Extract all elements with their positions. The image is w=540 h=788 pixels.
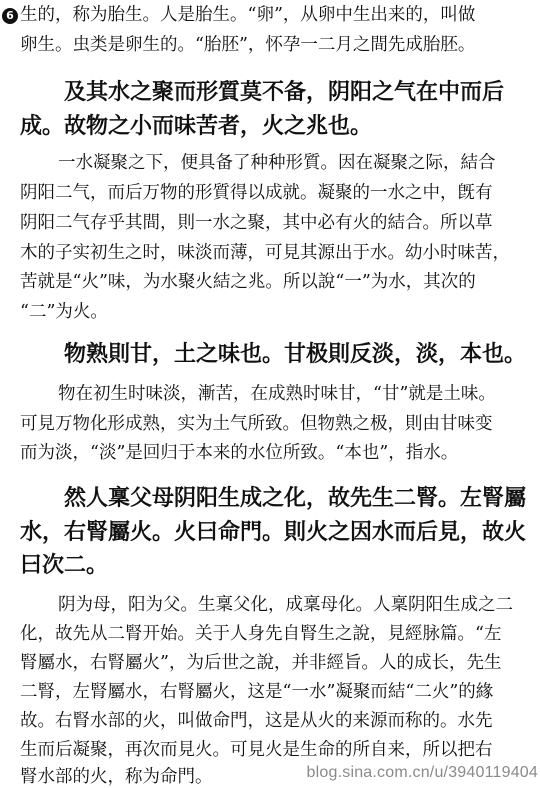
classic-text-line: 物熟則甘，土之味也。甘极則反淡，淡，本也。 (64, 340, 526, 368)
text: 生的，称为胎生。人是胎生。“卵”，从卵中生出来的，叫做 (20, 5, 475, 25)
watermark: blog.sina.com.cn/u/3940119404 (307, 764, 538, 782)
classic-text-line: 及其水之聚而形質莫不备，阴阳之气在中而后 (64, 78, 504, 106)
commentary-line: 腎水部的火，称为命門。 (20, 766, 213, 788)
commentary-line: 一水凝聚之下，便具备了种种形質。因在凝聚之际，結合 (58, 152, 496, 174)
commentary-line: 生而后凝聚，再次而見火。可見火是生命的所自来，所以把右 (20, 739, 493, 761)
commentary-line: 阴阳二气存乎其間，則一水之聚，其中必有火的結合。所以草 (20, 212, 493, 234)
page-number-badge: 6 (2, 8, 18, 24)
commentary-line: “二”为火。 (20, 301, 108, 323)
classic-text-line: 水，右腎屬火。火曰命門。則火之因水而后見，故火 (20, 518, 526, 546)
classic-text-line: 成。故物之小而味苦者，火之兆也。 (20, 112, 372, 140)
commentary-line: 而为淡，“淡”是回归于本来的水位所致。“本也”，指水。 (20, 442, 458, 464)
commentary-line: 苦就是“火”味，为水聚火結之兆。所以說“一”为水，其次的 (20, 271, 476, 293)
scanned-book-page: 6生的，称为胎生。人是胎生。“卵”，从卵中生出来的，叫做 卵生。虫类是卵生的。“… (0, 0, 540, 788)
commentary-line: 二腎，左腎屬水，右腎屬火，这是“一水”凝聚而結“二火”的緣 (20, 681, 493, 703)
classic-text-line: 曰次二。 (20, 551, 108, 579)
commentary-line: 木的子实初生之时，味淡而薄，可見其源出于水。幼小时味苦， (20, 242, 510, 264)
commentary-line: 物在初生时味淡，漸苦，在成熟时味甘，“甘”就是土味。 (58, 383, 496, 405)
commentary-line: 可見万物化形成熟，实为土气所致。但物熟之极，則由甘味变 (20, 413, 493, 435)
commentary-line: 6生的，称为胎生。人是胎生。“卵”，从卵中生出来的，叫做 (2, 4, 475, 26)
classic-text-line: 然人稟父母阴阳生成之化，故先生二腎。左腎屬 (64, 484, 526, 512)
commentary-line: 阴阳二气，而后万物的形質得以成就。凝聚的一水之中，旣有 (20, 182, 493, 204)
commentary-line: 腎屬水，右腎屬火”，为后世之說，并非經旨。人的成长，先生 (20, 652, 501, 674)
commentary-line: 卵生。虫类是卵生的。“胎胚”，怀孕一二月之間先成胎胚。 (20, 34, 475, 56)
commentary-line: 故。右腎水部的火，叫做命門，这是从火的来源而称的。水先 (20, 710, 493, 732)
commentary-line: 化，故先从二腎开始。关于人身先自腎生之說，見經脉篇。“左 (20, 623, 501, 645)
commentary-line: 阴为母，阳为父。生稟父化，成稟母化。人稟阴阳生成之二 (58, 594, 513, 616)
